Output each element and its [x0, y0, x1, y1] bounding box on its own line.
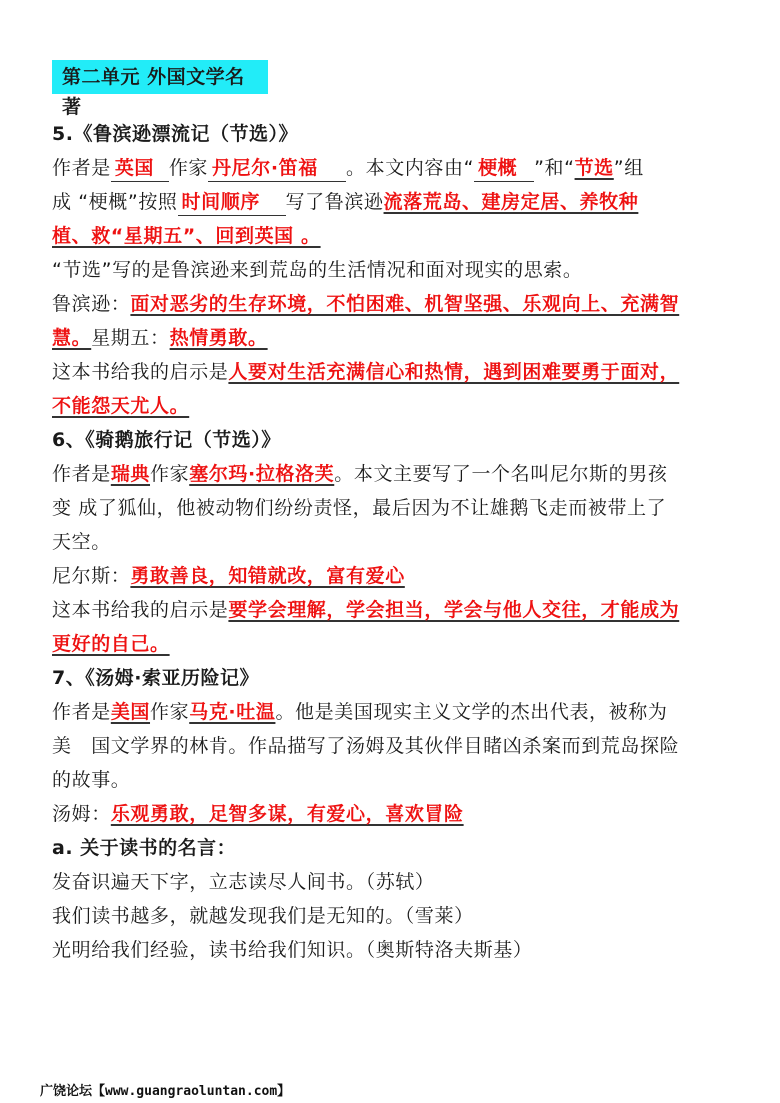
answer-events-b: 植、救“星期五”、回到英国 。	[52, 225, 321, 247]
answer-traits: 面对恶劣的生存环境，不怕困难、机智坚强、乐观向上、充满智	[130, 293, 679, 315]
section-title-7: 7、《汤姆·索亚历险记》	[52, 661, 732, 695]
inspiration-line-5b: 不能怨天尤人。	[52, 389, 732, 423]
answer-traits: 慧。	[52, 327, 91, 349]
inspiration-line-6a: 这本书给我的启示是要学会理解，学会担当，学会与他人交往，才能成为	[52, 593, 732, 627]
text: 。他是美国现实主义文学的杰出代表，被称为	[275, 701, 667, 723]
inspiration-label: 这本书给我的启示是	[52, 361, 228, 383]
inspiration-line-6b: 更好的自己。	[52, 627, 732, 661]
quote-item: 发奋识遍天下字，立志读尽人间书。（苏轼）	[52, 865, 732, 899]
text: ”和“	[534, 157, 575, 179]
character-line-tom: 汤姆：乐观勇敢，足智多谋，有爱心，喜欢冒险	[52, 797, 732, 831]
inspiration-label: 这本书给我的启示是	[52, 599, 228, 621]
summary-line-7b: 美 国文学界的林肯。作品描写了汤姆及其伙伴目睹凶杀案而到荒岛探险	[52, 729, 732, 763]
footer-watermark: 广饶论坛【www.guangraoluntan.com】	[40, 1080, 290, 1099]
answer-inspiration: 更好的自己。	[52, 633, 170, 655]
answer-traits: 勇敢善良，知错就改，富有爱心	[130, 565, 404, 587]
character-line-robinson: 鲁滨逊：面对恶劣的生存环境，不怕困难、机智坚强、乐观向上、充满智	[52, 287, 732, 321]
text: 成 “梗概”按照	[52, 191, 178, 213]
quote-item: 光明给我们经验，读书给我们知识。（奥斯特洛夫斯基）	[52, 933, 732, 967]
answer-country: 英国	[111, 155, 169, 182]
character-line-nils: 尼尔斯：勇敢善良，知错就改，富有爱心	[52, 559, 732, 593]
summary-line-6b: 变 成了狐仙，他被动物们纷纷责怪，最后因为不让雄鹅飞走而被带上了	[52, 491, 732, 525]
answer-country: 美国	[111, 701, 150, 723]
answer-part2: 节选	[575, 157, 614, 179]
text: 。本文主要写了一个名叫尼尔斯的男孩	[334, 463, 667, 485]
character-label: 鲁滨逊：	[52, 293, 130, 315]
answer-order: 时间顺序	[178, 189, 286, 216]
character-line-friday: 慧。星期五：热情勇敢。	[52, 321, 732, 355]
inspiration-line-5a: 这本书给我的启示是人要对生活充满信心和热情，遇到困难要勇于面对，	[52, 355, 732, 389]
summary-line-7c: 的故事。	[52, 763, 732, 797]
answer-traits: 热情勇敢。	[170, 327, 268, 349]
summary-line-6c: 天空。	[52, 525, 732, 559]
character-label: 汤姆：	[52, 803, 111, 825]
text: 写了鲁滨逊	[286, 191, 384, 213]
section-title-6: 6、《骑鹅旅行记（节选）》	[52, 423, 732, 457]
author-line-5: 作者是英国作家丹尼尔·笛福。本文内容由“梗概”和“节选”组	[52, 151, 732, 185]
answer-country: 瑞典	[111, 463, 150, 485]
text: 作家	[150, 701, 189, 723]
answer-traits: 乐观勇敢，足智多谋，有爱心，喜欢冒险	[111, 803, 464, 825]
answer-author: 马克·吐温	[189, 701, 275, 723]
text: 作家	[150, 463, 189, 485]
text: ”组	[614, 157, 644, 179]
unit-header: 第二单元 外国文学名著	[52, 60, 268, 94]
author-line-7: 作者是美国作家马克·吐温。他是美国现实主义文学的杰出代表，被称为	[52, 695, 732, 729]
answer-part1: 梗概	[474, 155, 534, 182]
author-line-6: 作者是瑞典作家塞尔玛·拉格洛芙。本文主要写了一个名叫尼尔斯的男孩	[52, 457, 732, 491]
order-line-5: 成 “梗概”按照时间顺序写了鲁滨逊流落荒岛、建房定居、养牧种	[52, 185, 732, 219]
text: 。本文内容由“	[346, 157, 474, 179]
answer-inspiration: 要学会理解，学会担当，学会与他人交往，才能成为	[228, 599, 679, 621]
events-line-5: 植、救“星期五”、回到英国 。	[52, 219, 732, 253]
quotes-heading: a. 关于读书的名言：	[52, 831, 732, 865]
answer-events-a: 流落荒岛、建房定居、养牧种	[384, 191, 639, 213]
answer-author: 丹尼尔·笛福	[208, 155, 346, 182]
section-title-5: 5.《鲁滨逊漂流记（节选）》	[52, 117, 732, 151]
quote-item: 我们读书越多，就越发现我们是无知的。（雪莱）	[52, 899, 732, 933]
character-label: 星期五：	[91, 327, 169, 349]
answer-author: 塞尔玛·拉格洛芙	[189, 463, 334, 485]
document-page: 第二单元 外国文学名著 5.《鲁滨逊漂流记（节选）》 作者是英国作家丹尼尔·笛福…	[52, 60, 732, 967]
excerpt-desc-5: “节选”写的是鲁滨逊来到荒岛的生活情况和面对现实的思索。	[52, 253, 732, 287]
text: 作者是	[52, 157, 111, 179]
answer-inspiration: 人要对生活充满信心和热情，遇到困难要勇于面对，	[228, 361, 679, 383]
text: 作家	[169, 157, 208, 179]
character-label: 尼尔斯：	[52, 565, 130, 587]
text: 作者是	[52, 463, 111, 485]
text: 作者是	[52, 701, 111, 723]
answer-inspiration: 不能怨天尤人。	[52, 395, 189, 417]
